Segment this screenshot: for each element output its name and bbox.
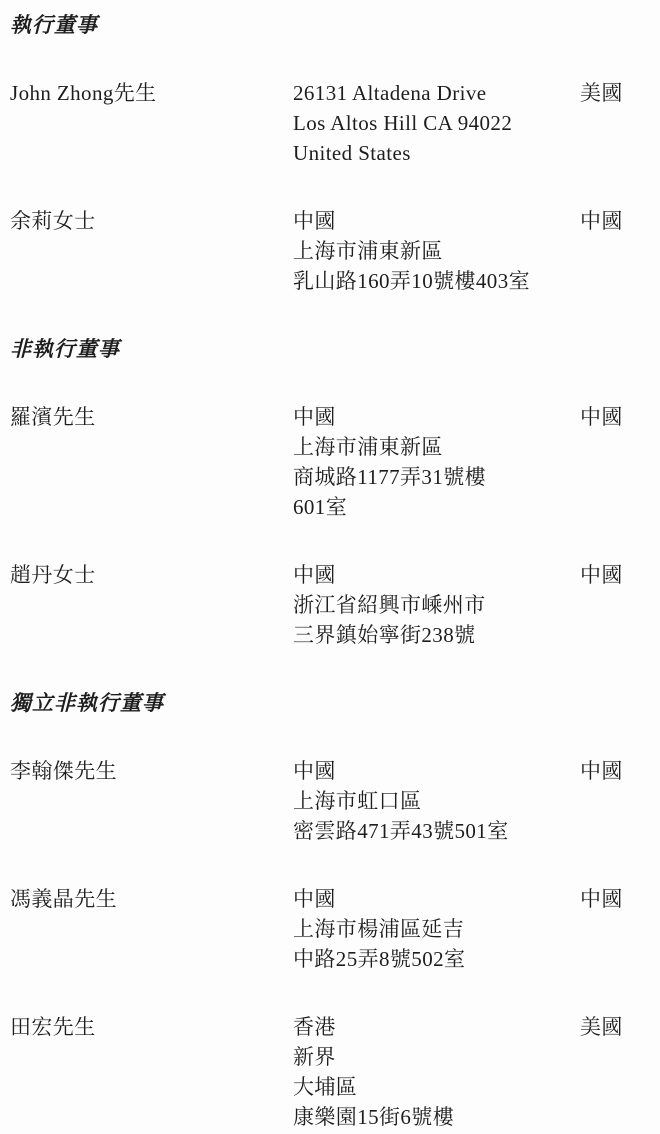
address-line: 康樂園15街6號樓 [293, 1102, 580, 1132]
address-line: 三界鎮始寧街238號 [293, 620, 580, 650]
address-line: 上海市楊浦區延吉 [293, 914, 580, 944]
section-heading-independent-non-executive-directors: 獨立非執行董事 [10, 688, 650, 718]
director-row: 趙丹女士 中國 浙江省紹興市嵊州市 三界鎮始寧街238號 中國 [10, 560, 650, 650]
address-line: 商城路1177弄31號樓 [293, 462, 580, 492]
director-address: 中國 上海市虹口區 密雲路471弄43號501室 [293, 756, 580, 846]
address-line: 中國 [293, 884, 580, 914]
director-nationality: 美國 [580, 1012, 650, 1132]
address-line: 中國 [293, 756, 580, 786]
director-row: 余莉女士 中國 上海市浦東新區 乳山路160弄10號樓403室 中國 [10, 206, 650, 296]
address-line: 上海市浦東新區 [293, 432, 580, 462]
director-address: 26131 Altadena Drive Los Altos Hill CA 9… [293, 78, 580, 168]
address-line: 新界 [293, 1042, 580, 1072]
address-line: 上海市虹口區 [293, 786, 580, 816]
director-nationality: 中國 [580, 560, 650, 650]
address-line: 601室 [293, 492, 580, 522]
director-row: 馮義晶先生 中國 上海市楊浦區延吉 中路25弄8號502室 中國 [10, 884, 650, 974]
section-heading-non-executive-directors: 非執行董事 [10, 334, 650, 364]
director-name: 李翰傑先生 [10, 756, 293, 846]
director-row: 羅濱先生 中國 上海市浦東新區 商城路1177弄31號樓 601室 中國 [10, 402, 650, 522]
director-nationality: 中國 [580, 884, 650, 974]
director-row: John Zhong先生 26131 Altadena Drive Los Al… [10, 78, 650, 168]
address-line: Los Altos Hill CA 94022 [293, 108, 580, 138]
director-name: 田宏先生 [10, 1012, 293, 1132]
address-line: 中路25弄8號502室 [293, 944, 580, 974]
address-line: 26131 Altadena Drive [293, 78, 580, 108]
section-heading-executive-directors: 執行董事 [10, 10, 650, 40]
director-name: 羅濱先生 [10, 402, 293, 522]
address-line: 中國 [293, 206, 580, 236]
director-address: 中國 浙江省紹興市嵊州市 三界鎮始寧街238號 [293, 560, 580, 650]
director-name: 馮義晶先生 [10, 884, 293, 974]
address-line: 密雲路471弄43號501室 [293, 816, 580, 846]
director-name: 趙丹女士 [10, 560, 293, 650]
address-line: United States [293, 138, 580, 168]
address-line: 乳山路160弄10號樓403室 [293, 266, 580, 296]
director-row: 田宏先生 香港 新界 大埔區 康樂園15街6號樓 美國 [10, 1012, 650, 1132]
address-line: 中國 [293, 560, 580, 590]
director-name: 余莉女士 [10, 206, 293, 296]
address-line: 大埔區 [293, 1072, 580, 1102]
director-name: John Zhong先生 [10, 78, 293, 168]
director-address: 中國 上海市楊浦區延吉 中路25弄8號502室 [293, 884, 580, 974]
director-nationality: 中國 [580, 206, 650, 296]
director-address: 中國 上海市浦東新區 乳山路160弄10號樓403室 [293, 206, 580, 296]
director-address: 中國 上海市浦東新區 商城路1177弄31號樓 601室 [293, 402, 580, 522]
director-address: 香港 新界 大埔區 康樂園15街6號樓 [293, 1012, 580, 1132]
director-nationality: 中國 [580, 402, 650, 522]
director-nationality: 美國 [580, 78, 650, 168]
director-row: 李翰傑先生 中國 上海市虹口區 密雲路471弄43號501室 中國 [10, 756, 650, 846]
address-line: 中國 [293, 402, 580, 432]
directors-list-page: 執行董事 John Zhong先生 26131 Altadena Drive L… [0, 0, 660, 1134]
address-line: 上海市浦東新區 [293, 236, 580, 266]
director-nationality: 中國 [580, 756, 650, 846]
address-line: 香港 [293, 1012, 580, 1042]
address-line: 浙江省紹興市嵊州市 [293, 590, 580, 620]
